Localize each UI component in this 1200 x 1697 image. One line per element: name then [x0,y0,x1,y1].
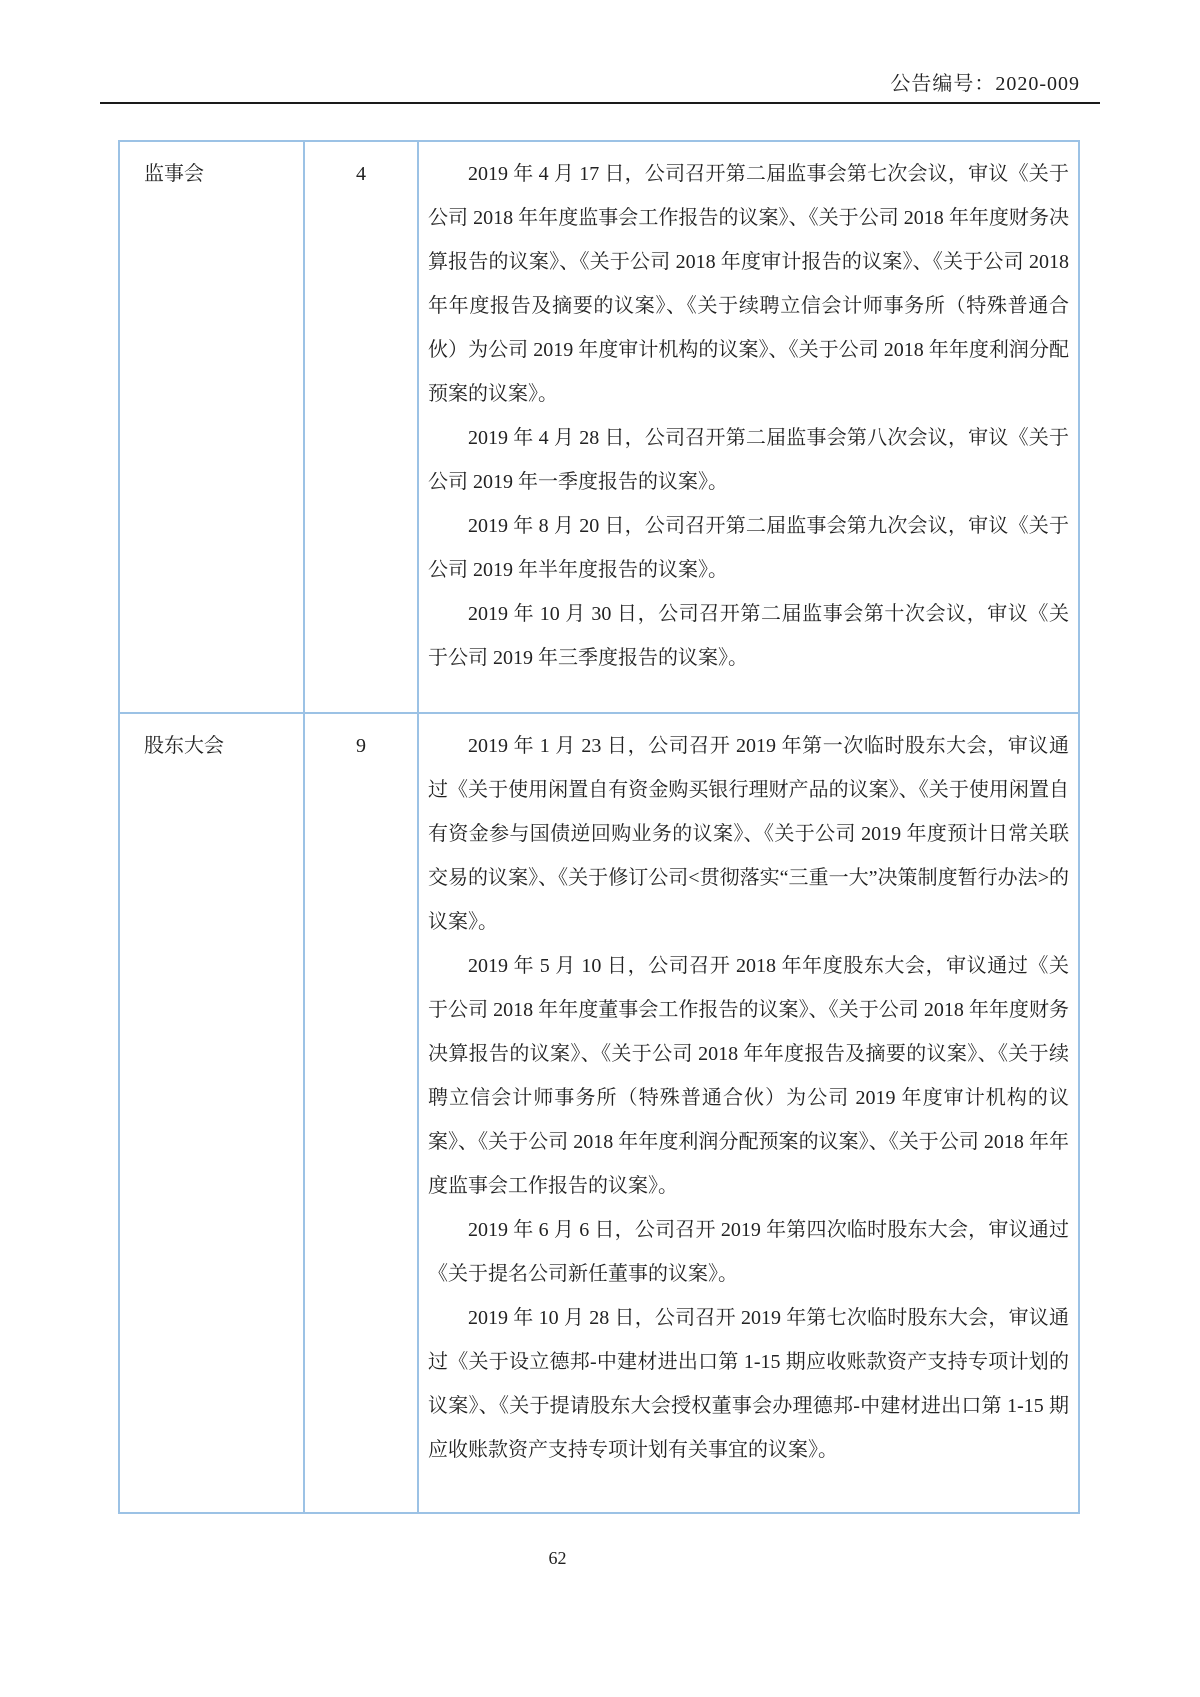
org-name: 监事会 [144,163,204,185]
meeting-count: 4 [356,163,366,185]
meetings-table: 监事会 4 2019 年 4 月 17 日，公司召开第二届监事会第七次会议，审议… [118,140,1080,1514]
meeting-count-cell: 9 [304,713,418,1513]
header-rule [100,102,1100,104]
meeting-details-cell: 2019 年 4 月 17 日，公司召开第二届监事会第七次会议，审议《关于公司 … [418,141,1079,713]
meeting-paragraph: 2019 年 6 月 6 日，公司召开 2019 年第四次临时股东大会，审议通过… [428,1208,1069,1296]
meeting-count-cell: 4 [304,141,418,713]
meeting-paragraph: 2019 年 4 月 28 日，公司召开第二届监事会第八次会议，审议《关于公司 … [428,416,1069,504]
table-row-shareholders-meeting: 股东大会 9 2019 年 1 月 23 日，公司召开 2019 年第一次临时股… [119,713,1079,1513]
meeting-paragraph: 2019 年 10 月 28 日，公司召开 2019 年第七次临时股东大会，审议… [428,1296,1069,1472]
meeting-paragraph: 2019 年 10 月 30 日，公司召开第二届监事会第十次会议，审议《关于公司… [428,592,1069,680]
meeting-paragraph: 2019 年 8 月 20 日，公司召开第二届监事会第九次会议，审议《关于公司 … [428,504,1069,592]
announcement-number: 公告编号：2020-009 [890,73,1080,95]
meeting-paragraph: 2019 年 4 月 17 日，公司召开第二届监事会第七次会议，审议《关于公司 … [428,152,1069,416]
meeting-details-cell: 2019 年 1 月 23 日，公司召开 2019 年第一次临时股东大会，审议通… [418,713,1079,1513]
page-footer: 62 [100,1545,1015,1571]
org-name-cell: 股东大会 [119,713,304,1513]
meeting-count: 9 [356,735,366,757]
meeting-paragraph: 2019 年 1 月 23 日，公司召开 2019 年第一次临时股东大会，审议通… [428,724,1069,944]
document-page: 公告编号：2020-009 监事会 4 2019 年 4 月 17 日，公司召开… [0,0,1200,1697]
table-row-supervisory-board: 监事会 4 2019 年 4 月 17 日，公司召开第二届监事会第七次会议，审议… [119,141,1079,713]
meeting-paragraph: 2019 年 5 月 10 日，公司召开 2018 年年度股东大会，审议通过《关… [428,944,1069,1208]
org-name: 股东大会 [144,735,224,757]
page-number: 62 [549,1548,567,1568]
org-name-cell: 监事会 [119,141,304,713]
page-header: 公告编号：2020-009 [100,70,1080,98]
